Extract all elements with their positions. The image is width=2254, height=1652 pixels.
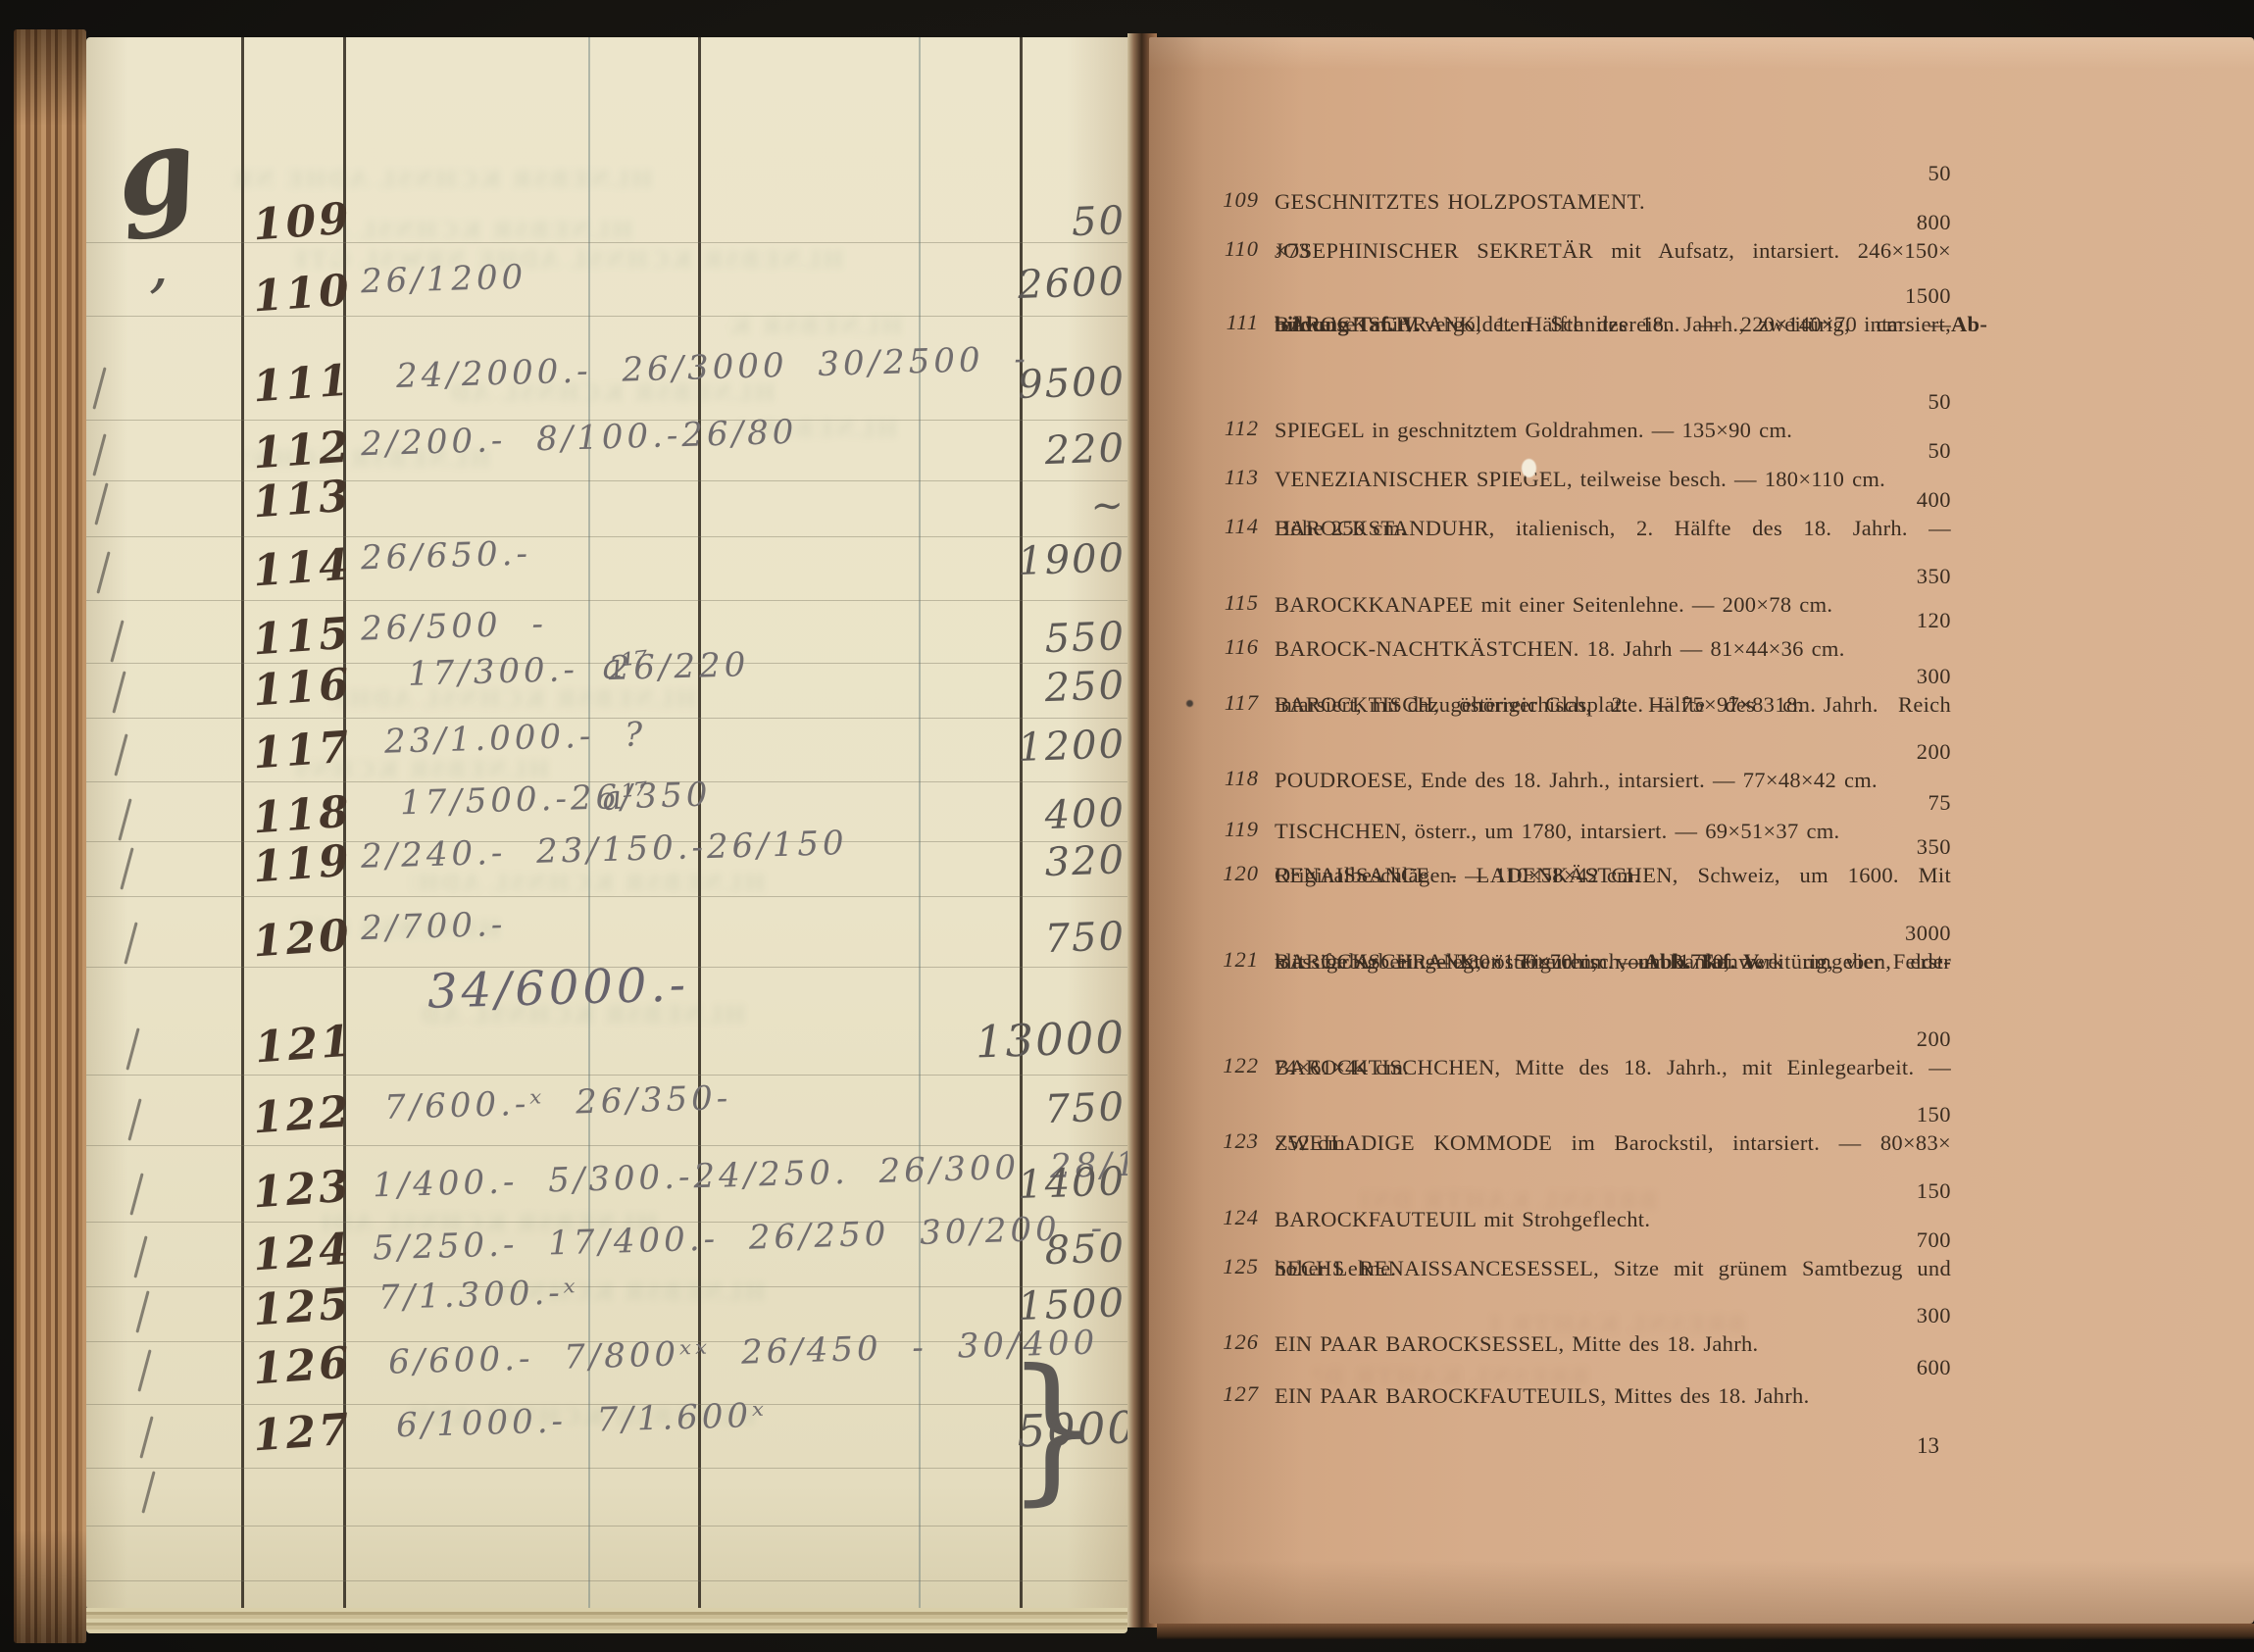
catalog-entry-119-price: 75: [1928, 788, 1952, 817]
catalog-entry-116-line-1: BAROCK-NACHTKÄSTCHEN. 18. Jahrh — 81×44×…: [1275, 634, 1951, 663]
catalog-entry-121-price: 3000: [1905, 919, 1951, 947]
ledger-row-116-tally-mark: [112, 671, 125, 713]
ledger-row-112-entry: 2/200.- 8/100.-26/80: [361, 416, 798, 461]
ledger-row-110-total: 2600: [968, 262, 1126, 307]
ledger-row-112-tally-mark: [92, 433, 106, 476]
catalog-entry-114-line-2: Höhe 250 cm.: [1275, 514, 1951, 542]
ledger-row-122-total: 750: [968, 1087, 1126, 1132]
ledger-ruled-line-6: [86, 600, 1129, 601]
catalog-entry-114-price: 400: [1917, 485, 1951, 514]
right-page-bottom-edge: [1157, 1624, 2254, 1639]
ledger-row-121-entry: 34/6000.-: [426, 961, 689, 1015]
ledger-row-125-lot-number: 125: [252, 1283, 354, 1333]
catalog-entry-127-lot-number: 127: [1210, 1381, 1259, 1407]
catalog-entry-110-price: 800: [1917, 208, 1951, 236]
catalog-entry-119-lot-number: 119: [1210, 817, 1259, 842]
catalog-entry-112-lot-number: 112: [1210, 416, 1259, 441]
ledger-showthrough-smudge-2: HLNEBSR KCHNSL ADHE NRWSL GTEIN BKRH: [338, 218, 632, 243]
ledger-ruled-line-4: [86, 480, 1129, 481]
ledger-row-118-entry: 17/500.-26/350: [400, 778, 712, 821]
ledger-row-120-total: 750: [968, 917, 1126, 962]
catalog-entry-113-lot-number: 113: [1210, 465, 1259, 490]
catalog-entry-115-lot-number: 115: [1210, 590, 1259, 616]
ledger-row-111-lot-number: 111: [252, 360, 354, 410]
ledger-row-122-lot-number: 122: [252, 1091, 354, 1141]
catalog-entry-125-lot-number: 125: [1210, 1254, 1259, 1279]
ledger-column-rule-4: [698, 37, 701, 1610]
catalog-showthrough-smudge-1: BRESNL KAHTR DNES LBKH ERNST: [1363, 1188, 1657, 1214]
ledger-row-127-lot-number: 127: [252, 1409, 354, 1459]
ledger-row-111-total: 9500: [968, 362, 1126, 407]
ledger-row-118-total: 400: [968, 793, 1126, 838]
catalog-entry-116-lot-number: 116: [1210, 634, 1259, 660]
ledger-row-115-entry: 26/500 -: [361, 607, 548, 645]
catalog-entry-111-price: 1500: [1905, 281, 1951, 310]
ledger-row-125-tally-mark: [135, 1290, 149, 1332]
ledger-row-113-lot-number: 113: [252, 476, 354, 526]
ledger-row-124-total: 850: [968, 1228, 1126, 1274]
catalog-entry-125-price: 700: [1917, 1226, 1951, 1254]
catalog-entry-110-line-2: ×73: [1275, 236, 1951, 265]
ledger-row-115-tally-mark: [110, 620, 124, 662]
ledger-row-114-total: 1900: [968, 538, 1126, 583]
ledger-row-120-lot-number: 120: [252, 915, 354, 965]
ledger-showthrough-smudge-14: HLNEBSR KCHNSL ADHE NRWSL GTEIN BKRH: [726, 314, 902, 339]
ledger-row-114-tally-mark: [96, 551, 110, 593]
ledger-row-126-tally-mark: [137, 1349, 151, 1391]
ledger-brace-total: 5000: [979, 1405, 1137, 1455]
ledger-row-121-tally-mark: [125, 1027, 139, 1070]
ledger-row-123-lot-number: 123: [252, 1166, 354, 1216]
catalog-entry-123-lot-number: 123: [1210, 1128, 1259, 1154]
catalog-entry-127-price: 600: [1917, 1353, 1951, 1381]
ledger-row-114-lot-number: 114: [252, 544, 354, 594]
catalog-entry-110-lot-number: 110: [1210, 236, 1259, 262]
catalog-entry-120-price: 350: [1917, 832, 1951, 861]
ledger-row-125-entry: 7/1.300.-ˣ: [378, 1276, 580, 1315]
paper-defect-dark-dot: [1186, 700, 1193, 707]
ledger-ruled-line-5: [86, 536, 1129, 537]
catalog-entry-118-price: 200: [1917, 737, 1951, 766]
ledger-tally-comma: ,: [149, 233, 169, 296]
ledger-row-118-lot-number: 118: [252, 791, 354, 841]
catalog-entry-120-lot-number: 120: [1210, 861, 1259, 886]
page-number: 13: [1275, 1433, 1951, 1459]
ledger-ruled-line-19: [86, 1468, 1129, 1469]
ledger-row-113-tally-mark: [94, 482, 108, 525]
ledger-row-119-lot-number: 119: [252, 840, 354, 890]
ledger-ruled-line-20: [86, 1526, 1129, 1527]
ledger-row-127-entry: 6/1000.- 7/1.600ˣ: [396, 1399, 769, 1443]
ledger-row-111-entry: 24/2000.- 26/3000 30/2500 -: [396, 342, 1030, 393]
ledger-row-117-entry: 23/1.000.- ?: [384, 718, 647, 758]
catalog-entry-114-lot-number: 114: [1210, 514, 1259, 539]
ledger-row-114-entry: 26/650.-: [361, 537, 532, 576]
catalog-entry-124-price: 150: [1917, 1176, 1951, 1205]
catalog-entry-112-price: 50: [1928, 387, 1952, 416]
ledger-row-117-tally-mark: [114, 733, 127, 776]
catalog-entry-118-line-1: POUDROESE, Ende des 18. Jahrh., intarsie…: [1275, 766, 1951, 794]
ledger-row-115-total: 550: [968, 617, 1126, 662]
ledger-row-112-total: 220: [968, 428, 1126, 474]
ledger-ruled-line-2: [86, 316, 1129, 317]
catalog-entry-124-lot-number: 124: [1210, 1205, 1259, 1230]
ledger-row-123-tally-mark: [129, 1173, 143, 1215]
ledger-row-120-entry: 2/700.-: [361, 908, 507, 945]
ledger-column-rule-1: [241, 37, 244, 1610]
catalog-entry-125-line-2: hoher Lehne.: [1275, 1254, 1951, 1282]
ledger-row-122-tally-mark: [127, 1098, 141, 1140]
ledger-showthrough-smudge-8: HLNEBSR KCHNSL ADHE NRWSL GTEIN BKRH: [412, 871, 765, 896]
left-page-bottom-edge: [86, 1608, 1127, 1633]
catalog-entry-122-price: 200: [1917, 1025, 1951, 1053]
ledger-row-126-lot-number: 126: [252, 1342, 354, 1392]
catalog-entry-123-price: 150: [1917, 1100, 1951, 1128]
catalog-entry-126-lot-number: 126: [1210, 1329, 1259, 1355]
catalog-entry-113-line-1: VENEZIANISCHER SPIEGEL, teilweise besch.…: [1275, 465, 1951, 493]
catalog-entry-112-line-1: SPIEGEL in geschnitztem Goldrahmen. — 13…: [1275, 416, 1951, 444]
book-scan: HLNEBSR KCHNSL ADHE NRWSL GTEIN BKRHHLNE…: [0, 0, 2254, 1652]
catalog-entry-122-lot-number: 122: [1210, 1053, 1259, 1078]
left-page-edge-stack: [14, 29, 86, 1643]
catalog-entry-109-price: 50: [1928, 159, 1952, 187]
catalog-showthrough-smudge-2: BRESNL KAHTR DNES LBKH ERNST: [1490, 1312, 1745, 1337]
catalog-entry-119-line-1: TISCHCHEN, österr., um 1780, intarsiert.…: [1275, 817, 1951, 845]
catalog-entry-115-line-1: BAROCKKANAPEE mit einer Seitenlehne. — 2…: [1275, 590, 1951, 619]
ledger-row-109-total: 50: [968, 201, 1126, 246]
ledger-page: HLNEBSR KCHNSL ADHE NRWSL GTEIN BKRHHLNE…: [86, 37, 1129, 1610]
ledger-row-116-note: a¹⁷: [600, 647, 650, 685]
ledger-row-117-lot-number: 117: [252, 726, 354, 776]
ledger-row-120-tally-mark: [124, 922, 137, 964]
catalog-entry-115-price: 350: [1917, 562, 1951, 590]
ledger-row-121-total: 13000: [968, 1015, 1126, 1065]
ledger-row-124-lot-number: 124: [252, 1228, 354, 1278]
ledger-row-110-lot-number: 110: [252, 270, 354, 320]
catalog-entry-121-lot-number: 121: [1210, 947, 1259, 973]
ledger-row-119-entry: 2/240.- 23/150.-26/150: [361, 826, 848, 874]
ledger-row-112-lot-number: 112: [252, 426, 354, 476]
ledger-row-116-total: 250: [968, 666, 1126, 711]
catalog-entry-109-lot-number: 109: [1210, 187, 1259, 213]
ledger-row-123-total: 1400: [968, 1162, 1126, 1207]
ledger-column-rule-5: [919, 37, 921, 1610]
ledger-ruled-line-11: [86, 896, 1129, 897]
catalog-entry-109-line-1: GESCHNITZTES HOLZPOSTAMENT.: [1275, 187, 1951, 216]
catalog-entry-111-lot-number: 111: [1210, 310, 1259, 335]
catalog-entry-116-price: 120: [1917, 606, 1951, 634]
ledger-row-116-entry: 17/300.- 26/220: [408, 648, 750, 691]
ledger-row-127-tally-mark: [139, 1416, 153, 1458]
catalog-page: 109GESCHNITZTES HOLZPOSTAMENT.50110JOSEP…: [1149, 37, 2254, 1624]
catalog-entry-123-line-2: ×52 cm.: [1275, 1128, 1951, 1157]
ledger-corner-mark: g: [107, 110, 203, 234]
ledger-row-119-total: 320: [968, 840, 1126, 885]
ledger-row-111-tally-mark: [92, 367, 106, 409]
catalog-entry-120-line-2: Originalbeschlägen. — 110×58×42 cm.: [1275, 861, 1951, 889]
ledger-extra-tally-1: [141, 1471, 155, 1513]
ledger-row-125-total: 1500: [968, 1283, 1126, 1328]
catalog-entry-118-lot-number: 118: [1210, 766, 1259, 791]
catalog-entry-113-price: 50: [1928, 436, 1952, 465]
catalog-entry-111-line-3: bildung Taf. V.: [1275, 310, 1951, 338]
ledger-row-115-lot-number: 115: [252, 613, 354, 663]
paper-defect-white-spot: [1522, 459, 1536, 477]
catalog-entry-122-line-2: 74×61×44 cm.: [1275, 1053, 1951, 1081]
ledger-ruled-line-21: [86, 1580, 1129, 1581]
ledger-row-110-entry: 26/1200: [361, 261, 527, 299]
ledger-row-119-tally-mark: [120, 847, 133, 889]
catalog-entry-117-price: 300: [1917, 662, 1951, 690]
ledger-row-122-entry: 7/600.-ˣ 26/350-: [384, 1081, 732, 1125]
ledger-row-113-total: ∼: [968, 485, 1126, 530]
ledger-row-117-total: 1200: [968, 725, 1126, 770]
ledger-row-121-lot-number: 121: [254, 1021, 356, 1071]
ledger-row-118-tally-mark: [118, 798, 131, 840]
ledger-showthrough-smudge-1: HLNEBSR KCHNSL ADHE NRWSL GTEIN BKRH: [230, 167, 652, 192]
catalog-entry-117-line-2: intarsiert, mit dazugehöriger Glasplatte…: [1275, 690, 1951, 719]
catalog-entry-121-line-3: klassige Arbeit. — 230×150×70 cm. — Abb.…: [1275, 947, 1951, 976]
ledger-row-118-note: a¹⁷: [600, 778, 650, 817]
catalog-entry-126-price: 300: [1917, 1301, 1951, 1329]
catalog-showthrough-smudge-3: BRESNL KAHTR DNES LBKH ERNST: [1314, 1365, 1588, 1390]
ledger-row-124-tally-mark: [133, 1235, 147, 1277]
ledger-row-109-lot-number: 109: [252, 198, 354, 248]
catalog-entry-117-lot-number: 117: [1210, 690, 1259, 716]
ledger-ruled-line-14: [86, 1145, 1129, 1146]
ledger-ruled-line-13: [86, 1075, 1129, 1076]
ledger-row-116-lot-number: 116: [252, 664, 354, 714]
